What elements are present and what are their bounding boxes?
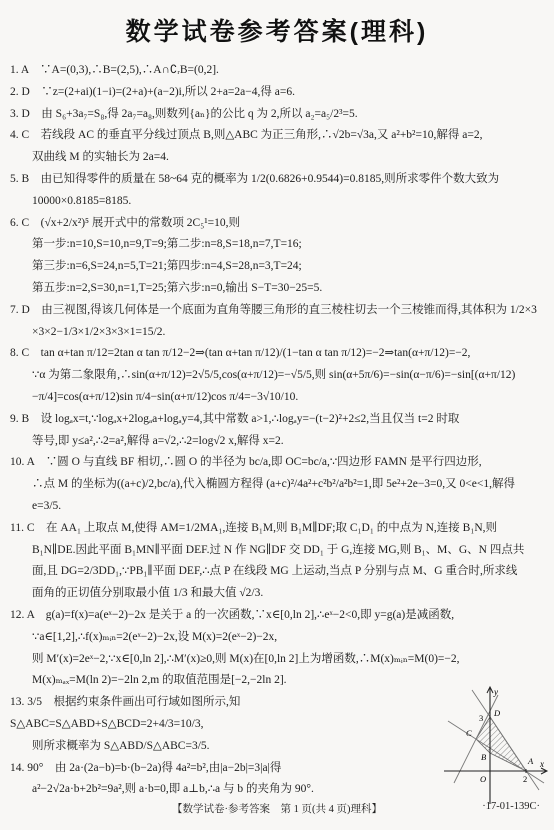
answer-line: 9. B 设 logₐx=t,∵logₐx+2logₐa+logₐy=4,其中常… bbox=[10, 409, 546, 431]
origin-label: O bbox=[480, 774, 486, 784]
answer-line: 等号,即 y≤a²,∴2=a²,解得 a=√2,∴2=log√2 x,解得 x=… bbox=[10, 431, 546, 453]
answer-line: 8. C tan α+tan π/12=2tan α tan π/12−2⇒(t… bbox=[10, 343, 546, 365]
answer-line: 第五步:n=2,S=30,n=1,T=25;第六步:n=0,输出 S−T=30−… bbox=[10, 278, 546, 300]
answer-line: 14. 90° 由 2a·(2a−b)=b·(b−2a)得 4a²=b²,由|a… bbox=[10, 758, 434, 780]
y-axis-label: y bbox=[493, 687, 498, 697]
feasible-region-plot: y x O 3 D C B A 2 bbox=[442, 683, 552, 809]
x-axis-label: x bbox=[539, 759, 544, 769]
answer-line: 6. C (√x+2/x²)⁵ 展开式中的常数项 2C₅¹=10,则 bbox=[10, 213, 546, 235]
answer-line: ×3×2−1/3×1/2×3×3×1=15/2. bbox=[10, 322, 546, 344]
answer-line: 第一步:n=10,S=10,n=9,T=9;第二步:n=8,S=18,n=7,T… bbox=[10, 234, 546, 256]
answer-line: 4. C 若线段 AC 的垂直平分线过顶点 B,则△ABC 为正三角形,∴√2b… bbox=[10, 125, 546, 147]
answer-line: 则 M′(x)=2eˣ−2,∵x∈[0,ln 2],∴M′(x)≥0,则 M(x… bbox=[10, 649, 546, 671]
answer-line: 12. A g(a)=f(x)=a(eˣ−2)−2x 是关于 a 的一次函数,∵… bbox=[10, 605, 546, 627]
point-A-label: A bbox=[527, 756, 534, 766]
answer-line: 10000×0.8185=8185. bbox=[10, 191, 546, 213]
footer-page-code: ·17-01-139C· bbox=[482, 801, 540, 812]
point-C-label: C bbox=[466, 728, 472, 738]
page-title: 数学试卷参考答案(理科) bbox=[0, 0, 554, 48]
y-tick-3-label: 3 bbox=[479, 713, 483, 723]
point-B-label: B bbox=[481, 752, 486, 762]
point-D-label: D bbox=[493, 708, 501, 718]
x-tick-2-label: 2 bbox=[523, 774, 527, 784]
answer-line: 10. A ∵圆 O 与直线 BF 相切,∴圆 O 的半径为 bc/a,即 OC… bbox=[10, 452, 546, 474]
answer-line: ∵a∈[1,2],∴f(x)ₘᵢₙ=2(eˣ−2)−2x,设 M(x)=2(eˣ… bbox=[10, 627, 546, 649]
footer-center-text: 【数学试卷·参考答案 第 1 页(共 4 页)理科】 bbox=[0, 801, 554, 816]
page-footer: 【数学试卷·参考答案 第 1 页(共 4 页)理科】 ·17-01-139C· bbox=[0, 801, 554, 816]
answer-sheet-page: 数学试卷参考答案(理科) 1. A ∵A=(0,3),∴B=(2,5),∴A∩∁… bbox=[0, 0, 554, 830]
answer-line: 7. D 由三视图,得该几何体是一个底面为直角等腰三角形的直三棱柱切去一个三棱锥… bbox=[10, 300, 546, 322]
answer-line: 1. A ∵A=(0,3),∴B=(2,5),∴A∩∁ᵣB=(0,2]. bbox=[10, 60, 546, 82]
answer-line: 面角的正切值分别取最小值 1/3 和最大值 √2/3. bbox=[10, 583, 546, 605]
answer-line: ∴点 M 的坐标为((a+c)/2,bc/a),代入椭圆方程得 (a+c)²/4… bbox=[10, 474, 546, 518]
answer-line: ∵α 为第二象限角,∴sin(α+π/12)=2√5/5,cos(α+π/12)… bbox=[10, 365, 546, 387]
answer-line: 5. B 由已知得零件的质量在 58~64 克的概率为 1/2(0.6826+0… bbox=[10, 169, 546, 191]
answer-line: −π/4]=cos(α+π/12)sin π/4−sin(α+π/12)cos … bbox=[10, 387, 546, 409]
answer-line: 2. D ∵z=(2+ai)(1−i)=(2+a)+(a−2)i,所以 2+a=… bbox=[10, 82, 546, 104]
answer-line: 第三步:n=6,S=24,n=5,T=21;第四步:n=4,S=28,n=3,T… bbox=[10, 256, 546, 278]
answer-line: a²−2√2a·b+2b²=9a²,则 a·b=0,即 a⊥b,∴a 与 b 的… bbox=[10, 779, 434, 801]
answer-line: B₁N∥DE.因此平面 B₁MN∥平面 DEF.过 N 作 NG∥DF 交 DD… bbox=[10, 540, 546, 562]
answer-line: 面,且 DG=2/3DD₁,∵PB₁∥平面 DEF,∴点 P 在线段 MG 上运… bbox=[10, 561, 546, 583]
feasible-region-figure: y x O 3 D C B A 2 bbox=[442, 683, 552, 809]
answer-line: 13. 3/5 根据约束条件画出可行域如图所示,知 S△ABC=S△ABD+S△… bbox=[10, 692, 434, 736]
answer-line: 则所求概率为 S△ABD/S△ABC=3/5. bbox=[10, 736, 434, 758]
answer-line: 11. C 在 AA₁ 上取点 M,使得 AM=1/2MA₁,连接 B₁M,则 … bbox=[10, 518, 546, 540]
answer-line: 3. D 由 S₆+3a₇=S₈,得 2a₇=a₈,则数列{aₙ}的公比 q 为… bbox=[10, 104, 546, 126]
answer-line: 双曲线 M 的实轴长为 2a=4. bbox=[10, 147, 546, 169]
